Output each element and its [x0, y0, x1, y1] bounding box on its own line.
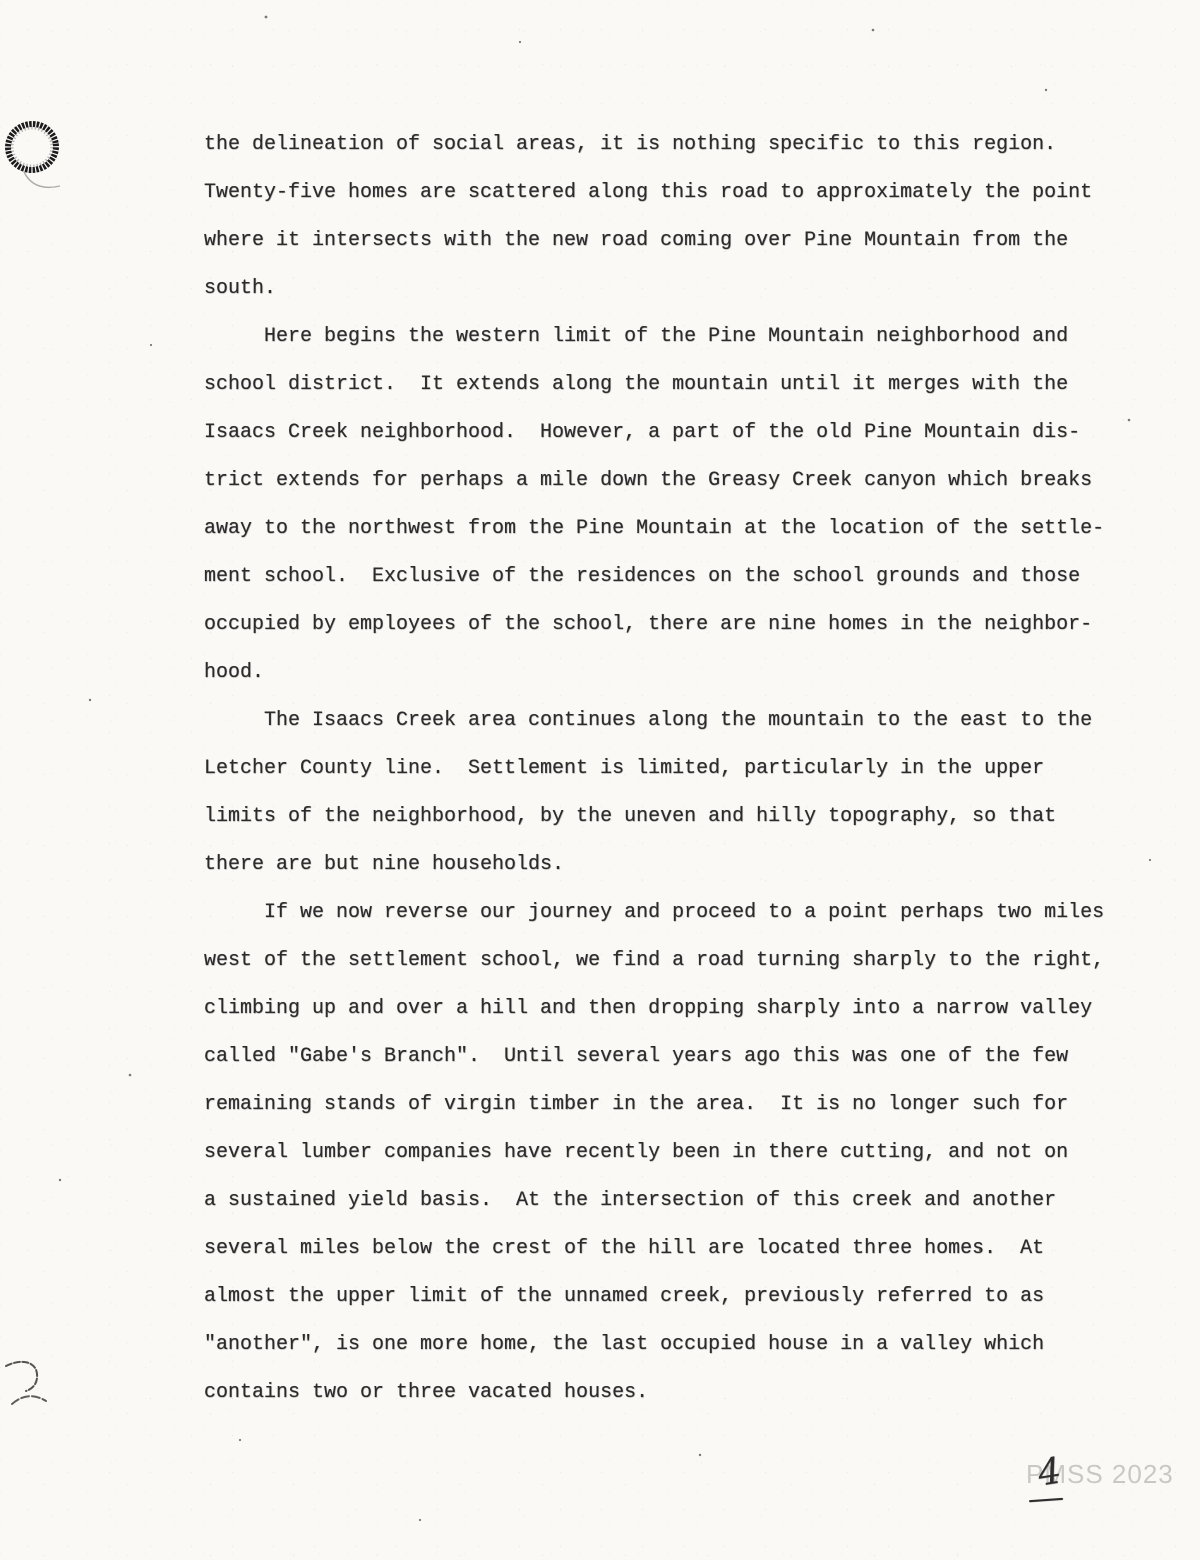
pencil-arc-top [24, 172, 60, 187]
text-line: The Isaacs Creek area continues along th… [204, 697, 1144, 745]
text-line: Twenty-five homes are scattered along th… [204, 169, 1144, 217]
text-line: hood. [204, 649, 1144, 697]
paragraph-3: The Isaacs Creek area continues along th… [204, 697, 1144, 889]
pencil-arc-bottom-1 [6, 1362, 37, 1391]
text-line: called "Gabe's Branch". Until several ye… [204, 1033, 1144, 1081]
text-line: Here begins the western limit of the Pin… [204, 313, 1144, 361]
hole-punch-ring-inner [12, 128, 52, 166]
text-line: contains two or three vacated houses. [204, 1369, 1144, 1417]
text-line: where it intersects with the new road co… [204, 217, 1144, 265]
text-line: remaining stands of virgin timber in the… [204, 1081, 1144, 1129]
paragraph-2: Here begins the western limit of the Pin… [204, 313, 1144, 697]
text-line: occupied by employees of the school, the… [204, 601, 1144, 649]
text-line: trict extends for perhaps a mile down th… [204, 457, 1144, 505]
text-line: Letcher County line. Settlement is limit… [204, 745, 1144, 793]
pencil-arc-bottom-2 [12, 1396, 46, 1404]
paragraph-4: If we now reverse our journey and procee… [204, 889, 1144, 1417]
text-line: several lumber companies have recently b… [204, 1129, 1144, 1177]
hole-punch-ring [5, 121, 59, 173]
page-number-underline [1029, 1498, 1063, 1503]
text-line: "another", is one more home, the last oc… [204, 1321, 1144, 1369]
text-line: climbing up and over a hill and then dro… [204, 985, 1144, 1033]
text-line: the delineation of social areas, it is n… [204, 121, 1144, 169]
text-line: limits of the neighborhood, by the uneve… [204, 793, 1144, 841]
text-line: away to the northwest from the Pine Moun… [204, 505, 1144, 553]
typewritten-text-block: the delineation of social areas, it is n… [204, 121, 1144, 1417]
text-line: ment school. Exclusive of the residences… [204, 553, 1144, 601]
text-line: school district. It extends along the mo… [204, 361, 1144, 409]
text-line: several miles below the crest of the hil… [204, 1225, 1144, 1273]
text-line: south. [204, 265, 1144, 313]
text-line: a sustained yield basis. At the intersec… [204, 1177, 1144, 1225]
text-line: west of the settlement school, we find a… [204, 937, 1144, 985]
text-line: If we now reverse our journey and procee… [204, 889, 1144, 937]
text-line: almost the upper limit of the unnamed cr… [204, 1273, 1144, 1321]
text-line: Isaacs Creek neighborhood. However, a pa… [204, 409, 1144, 457]
text-line: there are but nine households. [204, 841, 1144, 889]
paragraph-1: the delineation of social areas, it is n… [204, 121, 1144, 313]
scanned-document-page: the delineation of social areas, it is n… [0, 0, 1200, 1560]
